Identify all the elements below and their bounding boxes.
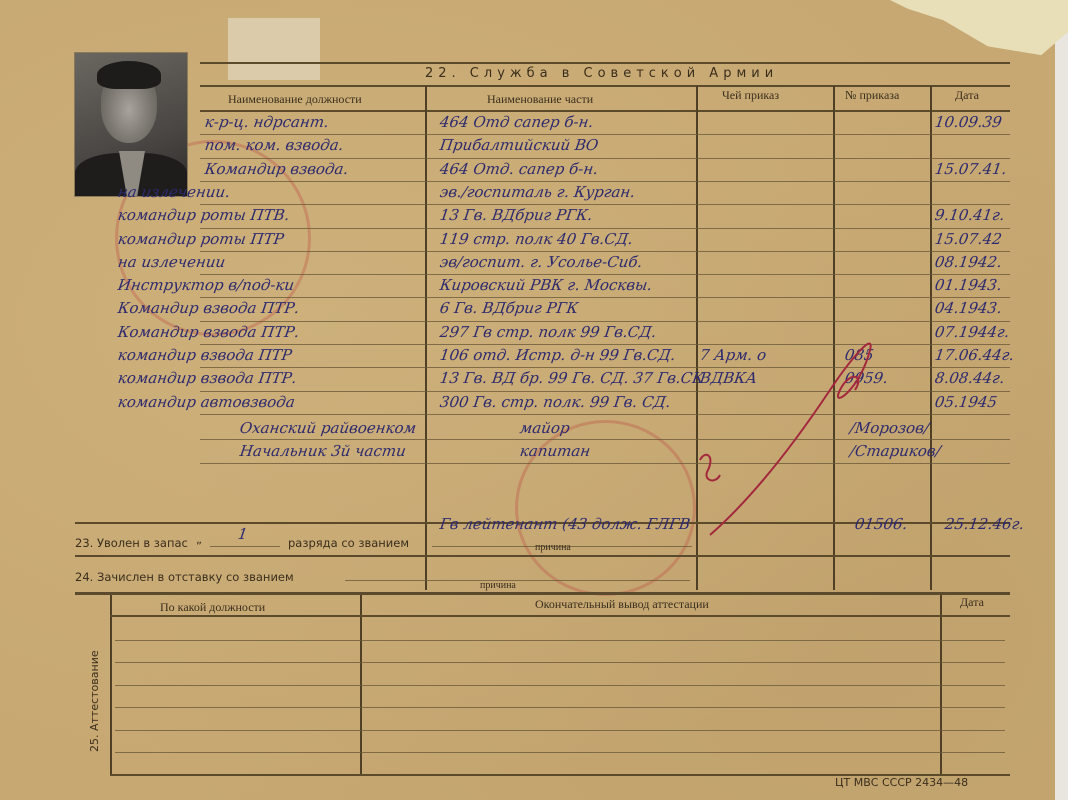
cell-unit: эв/госпит. г. Усолье-Сиб.: [439, 253, 644, 271]
cell-unit: 106 отд. Истр. д-н 99 Гв.СД.: [439, 346, 677, 364]
att-header-date: Дата: [960, 595, 984, 610]
cell-date: 15.07.41.: [934, 160, 1008, 178]
cell-unit: 464 Отд сапер б-н.: [439, 113, 595, 131]
signature-rank: майор: [519, 419, 571, 437]
cell-date: 9.10.41г.: [934, 206, 1006, 224]
cell-position: пом. ком. взвода.: [204, 136, 345, 154]
print-mark: ЦТ МВС СССР 2434—48: [835, 776, 968, 789]
signature-office: Оханский райвоенком: [239, 419, 418, 437]
portrait-photo: [74, 52, 188, 197]
cell-unit: Прибалтийский ВО: [439, 136, 600, 154]
cell-date: 15.07.42: [934, 230, 1003, 248]
header-unit: Наименование части: [487, 92, 593, 107]
cell-date: 17.06.44г.: [934, 346, 1016, 364]
cell-position: командир роты ПТВ.: [117, 206, 291, 224]
cell-unit: 119 стр. полк 40 Гв.СД.: [439, 230, 634, 248]
cell-unit: 300 Гв. стр. полк. 99 Гв. СД.: [439, 393, 672, 411]
cell-position: командир автовзвода: [117, 393, 296, 411]
cell-unit: 13 Гв. ВДбриг РГК.: [439, 206, 594, 224]
cell-date: 05.1945: [934, 393, 999, 411]
header-date: Дата: [955, 88, 979, 103]
cell-position: Командир взвода ПТР.: [117, 299, 301, 317]
cell-date: 07.1944г.: [934, 323, 1011, 341]
cell-date: 08.1942.: [934, 253, 1003, 271]
tape-residue: [228, 18, 320, 80]
cell-position: Командир взвода.: [204, 160, 350, 178]
cell-unit: 297 Гв стр. полк 99 Гв.СД.: [439, 323, 658, 341]
cell-position: командир роты ПТР: [117, 230, 285, 248]
cell-date: 04.1943.: [934, 299, 1003, 317]
scan-edge: [1055, 0, 1068, 800]
header-order-no: № приказа: [845, 88, 899, 103]
cell-position: командир взвода ПТР.: [117, 369, 298, 387]
cell-position: к-р-ц. ндрсант.: [204, 113, 330, 131]
section23-date: 25.12.46г.: [944, 515, 1026, 533]
cell-position: командир взвода ПТР: [117, 346, 293, 364]
cell-unit: 13 Гв. ВД бр. 99 Гв. СД. 37 Гв.СК: [439, 369, 705, 387]
header-position: Наименование должности: [228, 92, 362, 107]
cell-position: Инструктор в/под-ки: [117, 276, 296, 294]
cell-position: на излечении: [117, 253, 227, 271]
red-signature: [690, 330, 890, 550]
att-header-position: По какой должности: [160, 600, 265, 615]
section23-reason-label: причина: [535, 542, 571, 553]
signature-rank: капитан: [519, 442, 592, 460]
cell-position: на излечении.: [117, 183, 232, 201]
cell-unit: эв./госпиталь г. Курган.: [439, 183, 637, 201]
cell-position: Командир взвода ПТР.: [117, 323, 301, 341]
section23-label: 23. Уволен в запас: [75, 536, 188, 550]
cell-unit: Кировский РВК г. Москвы.: [439, 276, 654, 294]
cell-unit: 6 Гв. ВДбриг РГК: [439, 299, 580, 317]
section23-rank-label: разряда со званием: [288, 536, 409, 550]
section24-reason-label: причина: [480, 580, 516, 591]
cell-date: 01.1943.: [934, 276, 1003, 294]
section24-label: 24. Зачислен в отставку со званием: [75, 570, 294, 584]
section25-side-label: 25. Аттестование: [88, 650, 101, 752]
section22-title: 22. Служба в Советской Армии: [425, 66, 778, 81]
section23-rank-value: Гв лейтенант (43 долж. ГЛГВ: [439, 515, 692, 533]
cell-unit: 464 Отд. сапер б-н.: [439, 160, 600, 178]
att-header-conclusion: Окончательный вывод аттестации: [535, 597, 709, 612]
quote-open: „: [196, 532, 202, 546]
cell-date: 10.09.39: [934, 113, 1003, 131]
header-order-by: Чей приказ: [722, 88, 779, 103]
cell-date: 8.08.44г.: [934, 369, 1006, 387]
signature-office: Начальник 3й части: [239, 442, 407, 460]
